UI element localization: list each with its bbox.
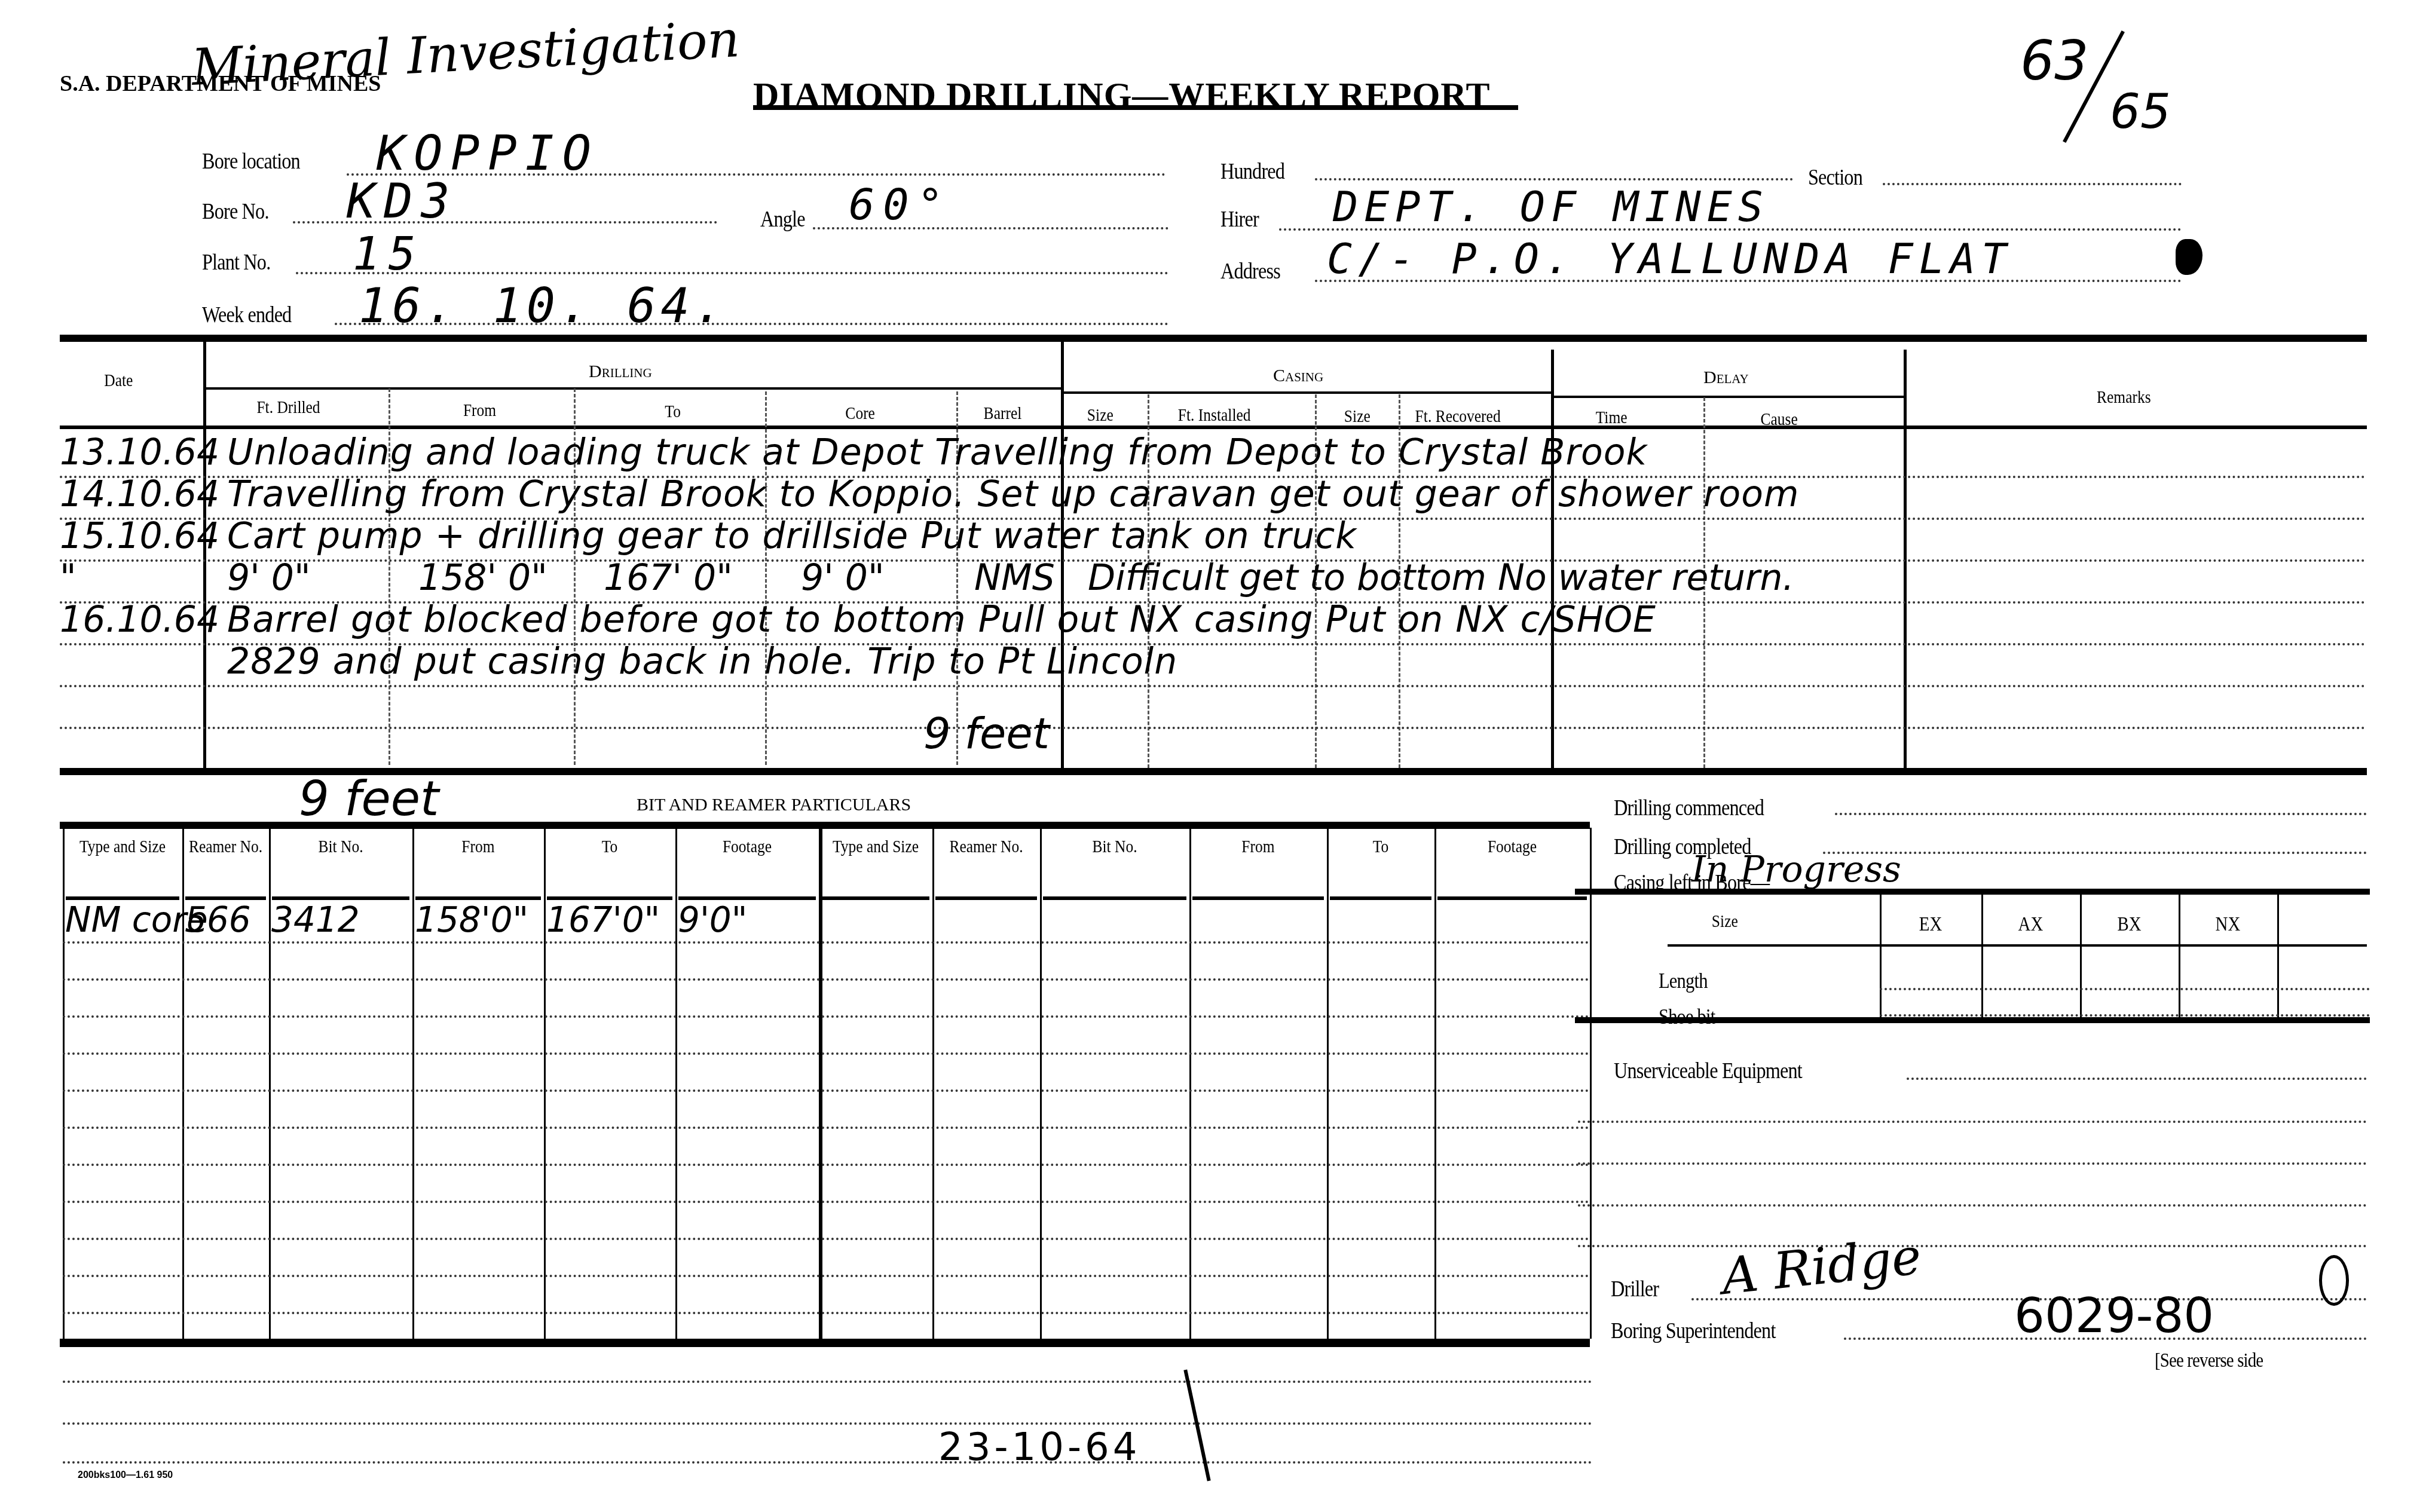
- week-ended-value: 16. 10. 64.: [359, 278, 728, 333]
- hundred-label: Hundred: [1220, 158, 1284, 185]
- group-drilling: Drilling: [589, 362, 652, 382]
- header-recovered-size: Size: [1344, 406, 1371, 427]
- casing-size-nx: NX: [2186, 913, 2269, 936]
- bit-header: Reamer No.: [941, 837, 1032, 857]
- bit-header: To: [554, 837, 666, 857]
- print-code: 200bks100—1.61 950: [78, 1470, 173, 1481]
- bit-header: From: [423, 837, 534, 857]
- casing-size-ax: AX: [1989, 913, 2072, 936]
- rule-bit-bottom: [60, 1339, 1590, 1347]
- bit-header: From: [1200, 837, 1317, 857]
- header-time: Time: [1596, 408, 1628, 428]
- bit-header: To: [1335, 837, 1427, 857]
- bit-header: Reamer No.: [189, 837, 262, 857]
- bit-header: Bit No.: [280, 837, 402, 857]
- see-reverse-note: [See reverse side: [2155, 1349, 2263, 1372]
- reference-bottom: 65: [2110, 84, 2171, 139]
- log-core: 9' 0": [801, 557, 885, 599]
- log-remark: 2829 and put casing back in hole. Trip t…: [227, 641, 1177, 682]
- superintendent-value: 6029-80: [2014, 1288, 2214, 1343]
- bore-location-label: Bore location: [202, 148, 300, 175]
- table-row: 14.10.64Travelling from Crystal Brook to…: [60, 478, 2367, 520]
- log-remark: Travelling from Crystal Brook to Koppio.…: [227, 473, 1799, 515]
- table-row: 16.10.64Barrel got blocked before got to…: [60, 604, 2367, 645]
- check-mark: [1183, 1369, 1210, 1481]
- casing-size-bx: BX: [2087, 913, 2171, 936]
- header-ft-drilled: Ft. Drilled: [256, 397, 320, 418]
- angle-label: Angle: [760, 206, 805, 232]
- bit-cell: 167'0": [546, 899, 660, 940]
- log-remark: Barrel got blocked before got to bottom …: [227, 599, 1656, 641]
- casing-size-label: Size: [1712, 911, 1738, 932]
- log-remark: Unloading and loading truck at Depot Tra…: [227, 431, 1647, 473]
- table-row: "9' 0"158' 0"167' 0"9' 0"NMSDifficult ge…: [60, 562, 2367, 604]
- address-value: C/- P.O. YALLUNDA FLAT: [1327, 234, 2012, 283]
- casing-size-ex: EX: [1888, 913, 1974, 936]
- log-ft-drilled: 9' 0": [227, 557, 311, 599]
- bit-cell: 3412: [271, 899, 360, 940]
- hirer-value: DEPT. OF MINES: [1333, 182, 1769, 231]
- reference-top: 63: [2020, 30, 2089, 93]
- bit-note: 9 feet: [299, 771, 439, 827]
- log-remark: Cart pump + drilling gear to drillside P…: [227, 515, 1357, 557]
- plant-no-value: 15: [353, 227, 424, 280]
- table-row: 15.10.64Cart pump + drilling gear to dri…: [60, 520, 2367, 562]
- header-core: Core: [845, 403, 875, 424]
- bit-header: Footage: [1446, 837, 1579, 857]
- header-ft-recovered: Ft. Recovered: [1415, 406, 1501, 427]
- title-underline: [753, 105, 1518, 110]
- bit-header: Footage: [686, 837, 808, 857]
- address-label: Address: [1220, 258, 1280, 284]
- bit-header: Type and Size: [827, 837, 924, 857]
- bit-cell: 566: [185, 899, 251, 940]
- log-remark: Difficult get to bottom No water return.: [1088, 557, 1794, 599]
- log-to: 167' 0": [604, 557, 733, 599]
- table-row: 13.10.64Unloading and loading truck at D…: [60, 436, 2367, 478]
- header-remarks: Remarks: [2097, 387, 2151, 408]
- log-barrel: NMS: [974, 557, 1055, 599]
- rule-top-log: [60, 335, 2367, 342]
- log-date: 13.10.64: [60, 431, 219, 473]
- rule-bit-header: [60, 822, 1590, 829]
- ink-blot: [2176, 239, 2202, 275]
- table-row: [60, 729, 2367, 771]
- log-from: 158' 0": [418, 557, 547, 599]
- log-date: 14.10.64: [60, 473, 219, 515]
- superintendent-label: Boring Superintendent: [1611, 1318, 1776, 1344]
- log-date: ": [60, 557, 77, 599]
- date-stamp: 23-10-64: [938, 1425, 1141, 1470]
- driller-label: Driller: [1611, 1276, 1659, 1302]
- group-delay: Delay: [1703, 368, 1749, 388]
- driller-signature: A Ridge: [1719, 1227, 1924, 1306]
- header-casing-size: Size: [1087, 405, 1114, 426]
- rule-casing-top: [1575, 889, 2370, 895]
- casing-row-label: Shoe bit: [1659, 1004, 1715, 1029]
- casing-row-label: Length: [1659, 968, 1708, 993]
- table-row: 2829 and put casing back in hole. Trip t…: [60, 645, 2367, 687]
- reference-number: 63 65: [2020, 30, 2200, 137]
- bit-header: Bit No.: [1051, 837, 1179, 857]
- log-date: 16.10.64: [60, 599, 219, 641]
- bit-header: Type and Size: [72, 837, 173, 857]
- header-barrel: Barrel: [984, 403, 1022, 424]
- angle-value: 60°: [849, 179, 952, 229]
- log-date: 15.10.64: [60, 515, 219, 557]
- header-ft-installed: Ft. Installed: [1178, 405, 1251, 426]
- group-casing: Casing: [1273, 366, 1323, 386]
- handwritten-annotation: Mineral Investigation: [190, 10, 741, 97]
- section-label: Section: [1808, 164, 1862, 191]
- week-ended-label: Week ended: [202, 302, 291, 328]
- bit-cell: 9'0": [678, 899, 747, 940]
- bit-section-title: Bit and Reamer Particulars: [637, 795, 911, 815]
- rule-casing-bottom: [1575, 1017, 2370, 1023]
- bit-cell: 158'0": [415, 899, 528, 940]
- drilling-commenced-label: Drilling commenced: [1614, 795, 1764, 821]
- table-row: [60, 687, 2367, 729]
- unserviceable-label: Unserviceable Equipment: [1614, 1058, 1802, 1084]
- header-from: From: [463, 400, 496, 421]
- header-to: To: [665, 402, 681, 422]
- hirer-label: Hirer: [1220, 206, 1259, 232]
- initials-mark: [2319, 1255, 2349, 1306]
- plant-no-label: Plant No.: [202, 249, 270, 276]
- bore-no-value: KD3: [347, 173, 458, 229]
- casing-left-value: In Progress: [1691, 849, 1901, 890]
- log-total-note: 9 feet: [923, 708, 1050, 758]
- bore-no-label: Bore No.: [202, 198, 269, 225]
- header-date: Date: [104, 371, 133, 391]
